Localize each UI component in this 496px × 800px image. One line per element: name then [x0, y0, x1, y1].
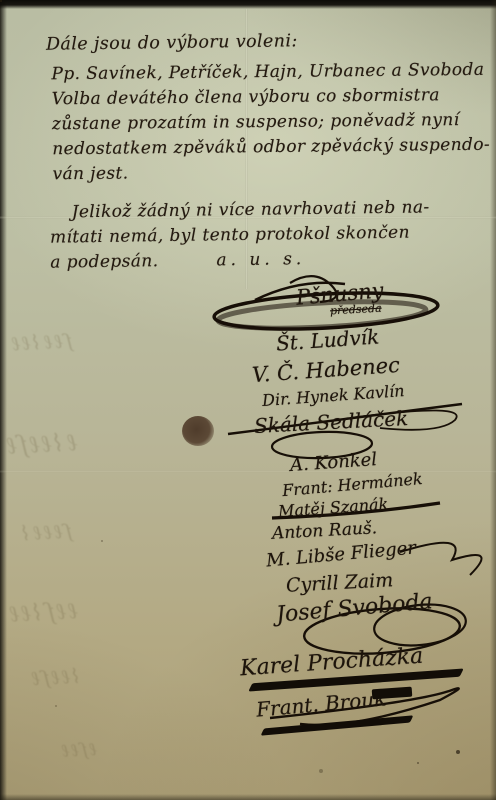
bleed-through-ghost: ℓℓſ⌇ℓℓ — [7, 598, 78, 628]
signature: Št. Ludvík — [275, 324, 380, 355]
signature-role-note: předseda — [330, 302, 382, 318]
body-line: a podepsán.a. u. s. — [50, 245, 430, 275]
scan-edge-top — [0, 0, 496, 9]
scan-edge-right — [490, 0, 496, 800]
manuscript-page: ſℓℓ⌇ℓℓ ℓ⌇ℓℓſℓ ſℓℓℓ⌇ ℓℓſ⌇ℓℓ ⌇ℓℓſℓ ℓſℓℓ Dá… — [0, 0, 496, 800]
bleed-through-ghost: ℓſℓℓ — [59, 739, 97, 762]
signature: Skála Sedláček — [253, 406, 408, 438]
scan-edge-bottom — [0, 794, 496, 800]
bleed-through-ghost: ⌇ℓℓſℓ — [29, 664, 82, 692]
signature: Dir. Hynek Kavlín — [262, 381, 406, 410]
signature: Cyrill Zaim — [285, 569, 393, 597]
body-line: nedostatkem zpěváků odbor zpěvácký suspe… — [52, 133, 490, 163]
signed-phrase: a podepsán. — [50, 251, 158, 273]
signature: Anton Rauš. — [272, 518, 378, 543]
bleed-through-ghost: ſℓℓ⌇ℓℓ — [9, 328, 73, 356]
body-line: ván jest. — [52, 158, 490, 188]
opening-line: Dále jsou do výboru voleni: — [46, 31, 298, 55]
paragraph-election: Pp. Savínek, Petříček, Hajn, Urbanec a S… — [51, 58, 490, 188]
signature: Frant. Brouk — [255, 686, 387, 721]
ink-blot — [182, 416, 214, 446]
bleed-through-ghost: ſℓℓℓ⌇ — [19, 519, 72, 547]
scan-edge-left — [0, 0, 7, 800]
ink-specks — [0, 0, 2, 2]
actum-ut-supra: a. u. s. — [216, 249, 305, 270]
bleed-through-ghost: ℓ⌇ℓℓſℓ — [4, 428, 78, 461]
paragraph-closing: Jelikož žádný ni více navrhovati neb na-… — [49, 195, 430, 275]
body-line: mítati nemá, byl tento protokol skončen — [50, 220, 430, 250]
signature-underline-bar — [372, 687, 413, 700]
